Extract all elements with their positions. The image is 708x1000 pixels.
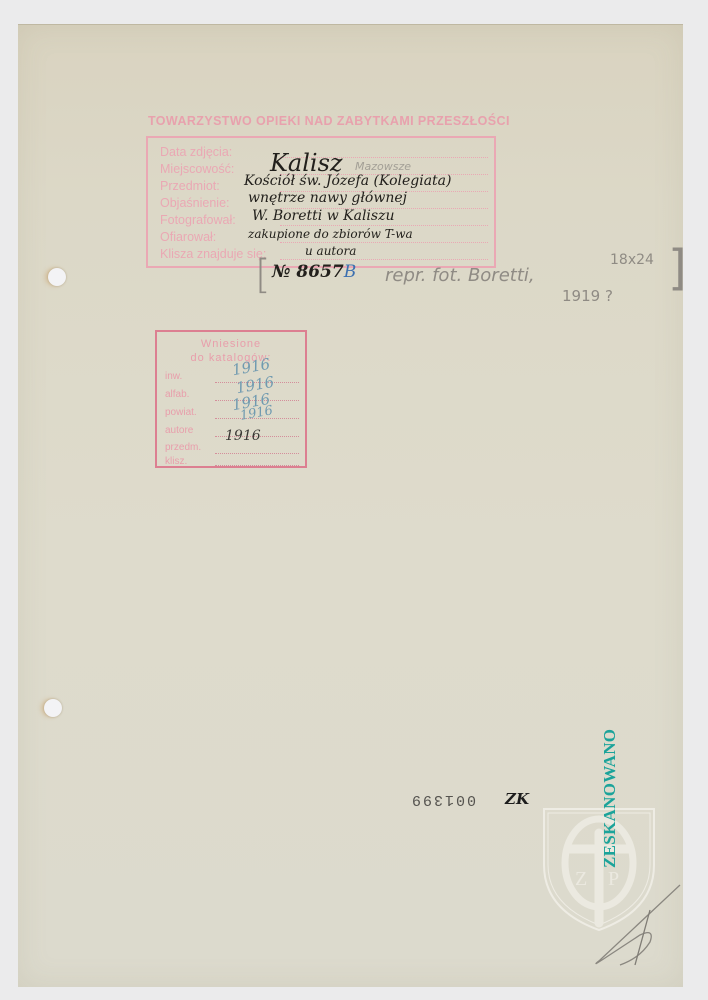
scan-stamp: ZESKANOWANO [600,738,620,868]
catalog-date-przedm: 1916 [225,428,261,444]
field-label: Przedmiot: [160,179,220,193]
handwritten-subject: Kościół św. Józefa (Kolegiata) [244,173,451,189]
handwritten-description: wnętrze nawy głównej [248,190,407,206]
field-label: Fotografował: [160,213,236,227]
handwritten-negative: u autora [305,244,356,258]
field-label: Klisza znajduje się: [160,247,266,261]
catalog-row-klisz: klisz. [165,456,299,468]
stamp-catalog-title-1: Wniesione [157,338,305,350]
punch-hole-top [48,268,66,286]
stamp-main-title: TOWARZYSTWO OPIEKI NAD ZABYTKAMI PRZESZŁ… [148,114,498,128]
catalog-number-suffix: B [344,262,357,282]
field-label: Objaśnienie: [160,196,230,210]
catalog-number-prefix: № [272,262,290,282]
inventory-suffix: ZK [505,790,529,808]
pencil-signature [580,880,690,970]
inventory-number: 001399 [410,791,476,808]
pencil-place-note: Mazowsze [355,160,411,173]
handwritten-donor: zakupione do zbiorów T-wa [248,227,413,241]
pencil-bracket-open: [ [255,252,271,298]
pencil-annotation-year: 1919 ? [562,287,613,305]
punch-hole-bottom [44,699,62,717]
field-label: Miejscowość: [160,162,234,176]
pencil-annotation-size: 18x24 [610,252,654,268]
catalog-number: № 8657B [272,262,356,282]
field-label: Ofiarował: [160,230,216,244]
catalog-row-przedm: przedm. [165,442,299,456]
pencil-annotation-text: repr. fot. Boretti, [385,265,535,286]
catalog-number-value: 8657 [296,262,343,282]
field-label: Data zdjęcia: [160,145,232,159]
handwritten-photographer: W. Boretti w Kaliszu [252,208,395,224]
pencil-bracket-close: ] [668,240,687,296]
